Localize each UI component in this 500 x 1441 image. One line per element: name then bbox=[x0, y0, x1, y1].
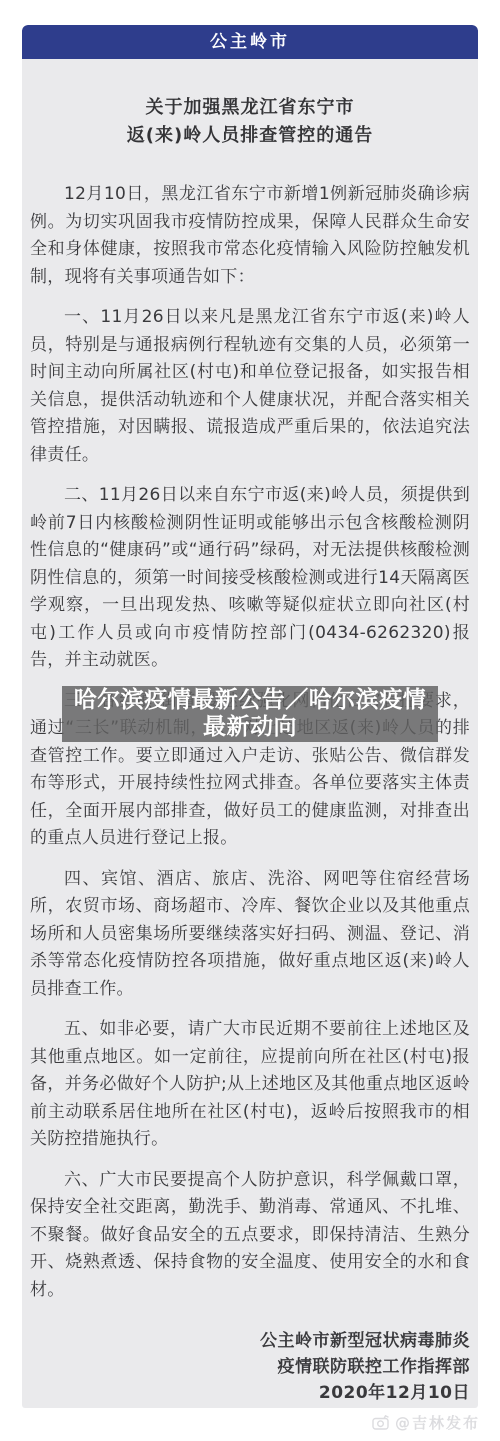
camera-icon bbox=[372, 1415, 390, 1430]
notice-body: 12月10日，黑龙江省东宁市新增1例新冠肺炎确诊病例。为切实巩固我市疫情防控成果… bbox=[22, 181, 478, 1406]
notice-title-line-1: 关于加强黑龙江省东宁市 bbox=[22, 94, 478, 122]
notice-paragraph-item-1: 一、11月26日以来凡是黑龙江省东宁市返(来)岭人员，特别是与通报病例行程轨迹有… bbox=[30, 304, 470, 469]
signature-org-line-2: 疫情联防联控工作指挥部 bbox=[30, 1354, 470, 1380]
notice-paragraph-intro: 12月10日，黑龙江省东宁市新增1例新冠肺炎确诊病例。为切实巩固我市疫情防控成果… bbox=[30, 181, 470, 291]
notice-paragraph-item-5: 五、如非必要，请广大市民近期不要前往上述地区及其他重点地区。如一定前往，应提前向… bbox=[30, 1016, 470, 1154]
notice-title-line-2: 返(来)岭人员排查管控的通告 bbox=[22, 122, 478, 150]
notice-title: 关于加强黑龙江省东宁市 返(来)岭人员排查管控的通告 bbox=[22, 94, 478, 150]
signature-date: 2020年12月10日 bbox=[30, 1380, 470, 1406]
watermark: @吉林发布 bbox=[372, 1412, 480, 1433]
headline-overlay-text: 哈尔滨疫情最新公告／哈尔滨疫情最新动向 bbox=[66, 687, 434, 741]
notice-paragraph-item-2: 二、11月26日以来自东宁市返(来)岭人员，须提供到岭前7日内核酸检测阴性证明或… bbox=[30, 482, 470, 675]
watermark-text: @吉林发布 bbox=[395, 1412, 480, 1433]
notice-signature: 公主岭市新型冠状病毒肺炎 疫情联防联控工作指挥部 2020年12月10日 bbox=[30, 1328, 470, 1406]
notice-paragraph-item-6: 六、广大市民要提高个人防护意识，科学佩戴口罩，保持安全社交距离，勤洗手、勤消毒、… bbox=[30, 1167, 470, 1305]
headline-overlay-band: 哈尔滨疫情最新公告／哈尔滨疫情最新动向 bbox=[62, 686, 438, 742]
city-name-title: 公主岭市 bbox=[210, 32, 290, 52]
notice-paragraph-item-4: 四、宾馆、酒店、旅店、洗浴、网吧等住宿经营场所，农贸市场、商场超市、冷库、餐饮企… bbox=[30, 866, 470, 1004]
signature-org-line-1: 公主岭市新型冠状病毒肺炎 bbox=[30, 1328, 470, 1354]
notice-image-page: 公主岭市 关于加强黑龙江省东宁市 返(来)岭人员排查管控的通告 12月10日，黑… bbox=[0, 0, 500, 1441]
notice-header-band: 公主岭市 bbox=[22, 25, 478, 59]
